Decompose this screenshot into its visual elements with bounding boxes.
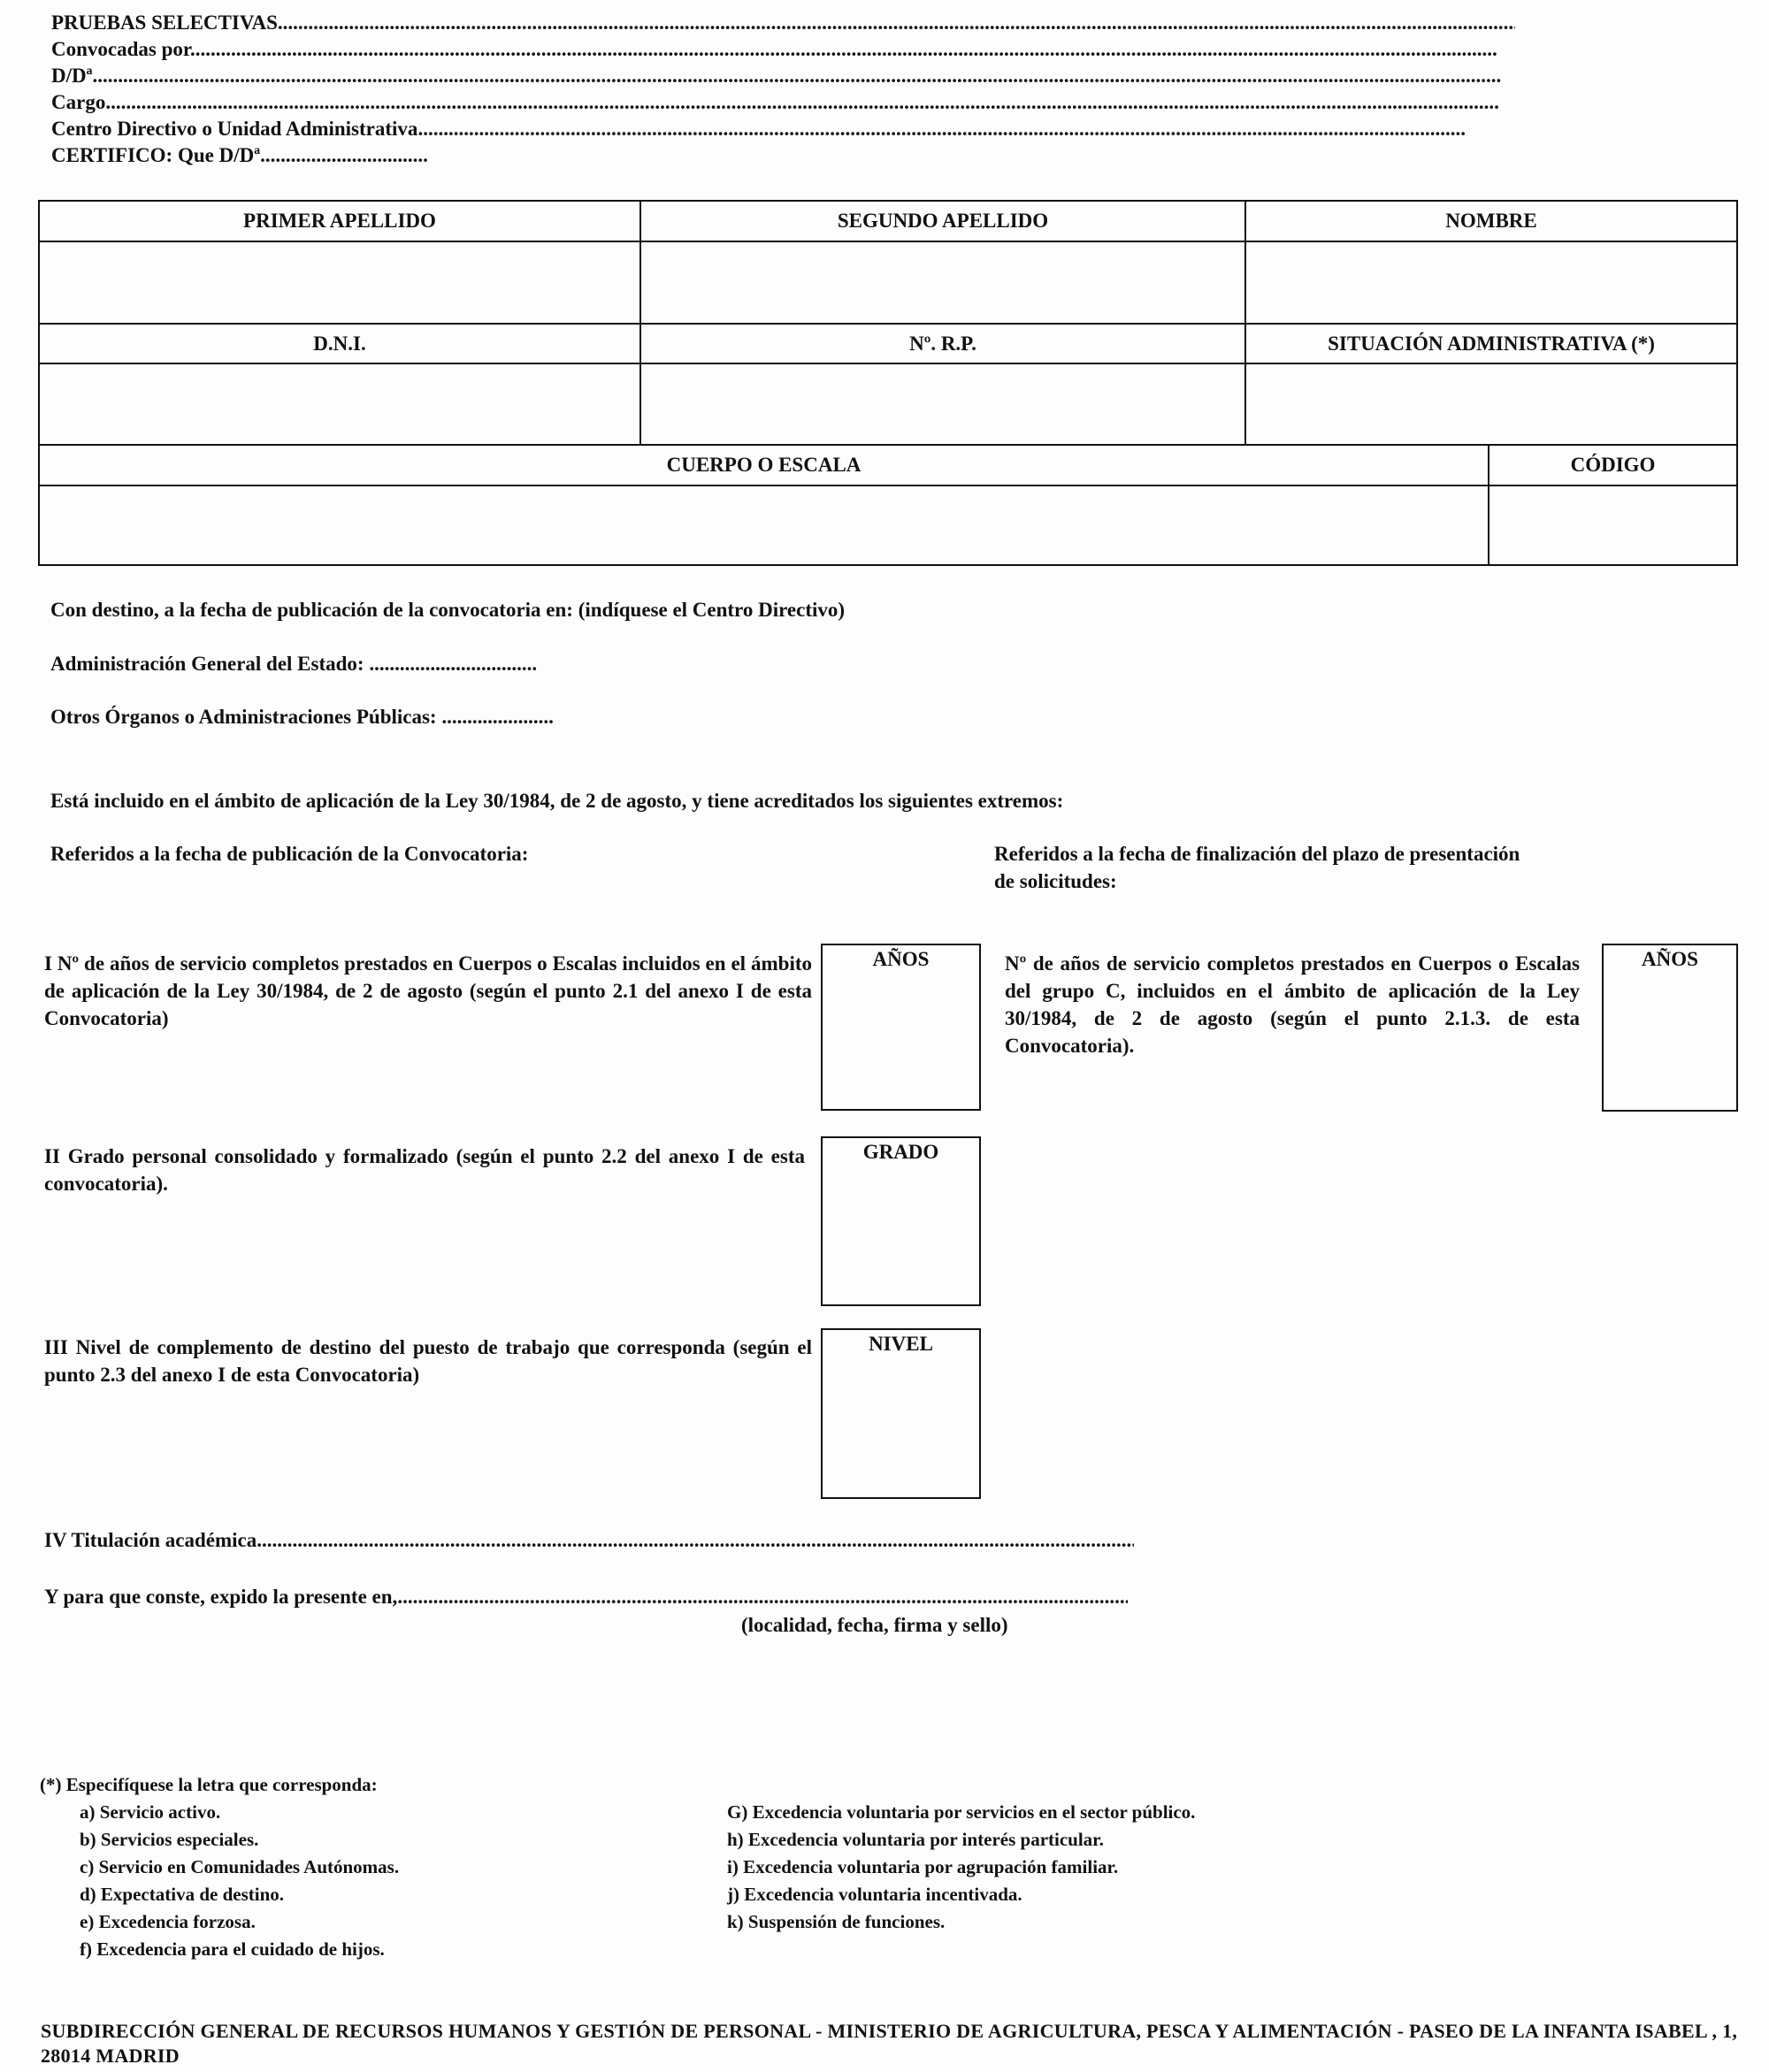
- referidos-left: Referidos a la fecha de publicación de l…: [50, 840, 528, 868]
- fill-line[interactable]: ........................................…: [257, 1529, 1134, 1551]
- item-ii-text: II Grado personal consolidado y formaliz…: [44, 1143, 805, 1197]
- header-situacion-administrativa: SITUACIÓN ADMINISTRATIVA (*): [1246, 325, 1736, 363]
- ambito-text: Está incluido en el ámbito de aplicación…: [50, 787, 1063, 814]
- legend-item: e) Excedencia forzosa.: [80, 1908, 256, 1936]
- legend-item: d) Expectativa de destino.: [80, 1881, 284, 1908]
- expido-hint: (localidad, fecha, firma y sello): [741, 1611, 1008, 1639]
- header-primer-apellido: PRIMER APELLIDO: [40, 202, 639, 241]
- field-expido[interactable]: Y para que conste, expido la presente en…: [44, 1585, 1128, 1609]
- fill-line[interactable]: ........................................…: [190, 38, 1497, 60]
- input-cuerpo-escala[interactable]: [40, 486, 1488, 564]
- item-i-right-text: Nº de años de servicio completos prestad…: [1005, 950, 1580, 1059]
- fill-line[interactable]: ........................................…: [93, 65, 1502, 87]
- input-codigo[interactable]: [1489, 486, 1736, 564]
- field-label: PRUEBAS SELECTIVAS: [51, 11, 278, 34]
- header-nrp: Nº. R.P.: [641, 325, 1244, 363]
- box-nivel[interactable]: NIVEL: [821, 1328, 981, 1499]
- legend-item: b) Servicios especiales.: [80, 1826, 258, 1854]
- input-primer-apellido[interactable]: [40, 242, 639, 323]
- fill-line[interactable]: ........................................…: [105, 91, 1500, 113]
- field-label: D/Dª: [51, 65, 93, 87]
- field-cargo[interactable]: Cargo...................................…: [51, 90, 1500, 115]
- destino-intro: Con destino, a la fecha de publicación d…: [50, 596, 845, 623]
- fill-line[interactable]: ........................................…: [417, 118, 1466, 140]
- field-admin-general-estado[interactable]: Administración General del Estado: .....…: [50, 650, 537, 677]
- legend-item: h) Excedencia voluntaria por interés par…: [727, 1826, 1104, 1854]
- field-label: IV Titulación académica: [44, 1529, 257, 1551]
- header-cuerpo-escala: CUERPO O ESCALA: [40, 446, 1488, 485]
- box-grado[interactable]: GRADO: [821, 1136, 981, 1306]
- input-segundo-apellido[interactable]: [641, 242, 1244, 323]
- personal-data-table: PRIMER APELLIDO SEGUNDO APELLIDO NOMBRE …: [38, 200, 1738, 566]
- field-label: Y para que conste, expido la presente en…: [44, 1586, 397, 1608]
- field-certifico[interactable]: CERTIFICO: Que D/Dª.....................…: [51, 143, 494, 168]
- field-pruebas-selectivas[interactable]: PRUEBAS SELECTIVAS......................…: [51, 11, 1515, 35]
- legend-item: a) Servicio activo.: [80, 1799, 220, 1826]
- header-segundo-apellido: SEGUNDO APELLIDO: [641, 202, 1244, 241]
- header-nombre: NOMBRE: [1246, 202, 1736, 241]
- legend-item: i) Excedencia voluntaria por agrupación …: [727, 1854, 1118, 1881]
- box-anos-finalizacion[interactable]: AÑOS: [1602, 944, 1738, 1112]
- field-label: Cargo: [51, 91, 105, 113]
- box-label: GRADO: [823, 1140, 979, 1165]
- referidos-right-line2: de solicitudes:: [994, 868, 1117, 895]
- box-label: AÑOS: [1604, 947, 1736, 972]
- header-dni: D.N.I.: [40, 325, 639, 363]
- field-otros-organos[interactable]: Otros Órganos o Administraciones Pública…: [50, 703, 554, 730]
- field-centro-directivo[interactable]: Centro Directivo o Unidad Administrativa…: [51, 117, 1505, 141]
- fill-line[interactable]: .................................: [369, 653, 537, 675]
- item-iii-text: III Nivel de complemento de destino del …: [44, 1334, 812, 1388]
- field-label: Centro Directivo o Unidad Administrativa: [51, 118, 417, 140]
- field-titulacion-academica[interactable]: IV Titulación académica.................…: [44, 1528, 1134, 1553]
- legend-item: G) Excedencia voluntaria por servicios e…: [727, 1799, 1195, 1826]
- fill-line[interactable]: .................................: [260, 144, 428, 166]
- legend-item: j) Excedencia voluntaria incentivada.: [727, 1881, 1022, 1908]
- legend-item: c) Servicio en Comunidades Autónomas.: [80, 1854, 399, 1881]
- legend-item: f) Excedencia para el cuidado de hijos.: [80, 1936, 385, 1963]
- input-nrp[interactable]: [641, 364, 1244, 444]
- item-i-text: I Nº de años de servicio completos prest…: [44, 950, 812, 1032]
- fill-line[interactable]: ........................................…: [278, 11, 1515, 34]
- input-dni[interactable]: [40, 364, 639, 444]
- box-label: NIVEL: [823, 1332, 979, 1357]
- referidos-right-line1: Referidos a la fecha de finalización del…: [994, 840, 1520, 868]
- field-label: Otros Órganos o Administraciones Pública…: [50, 706, 437, 728]
- fill-line[interactable]: ......................: [441, 706, 554, 728]
- field-label: Administración General del Estado:: [50, 653, 364, 675]
- box-label: AÑOS: [823, 947, 979, 972]
- field-convocadas-por[interactable]: Convocadas por..........................…: [51, 37, 1497, 62]
- field-label: CERTIFICO: Que D/Dª: [51, 144, 260, 166]
- footer-address: SUBDIRECCIÓN GENERAL DE RECURSOS HUMANOS…: [41, 2019, 1739, 2068]
- legend-title: (*) Especifíquese la letra que correspon…: [40, 1771, 378, 1799]
- fill-line[interactable]: ........................................…: [397, 1586, 1128, 1608]
- field-label: Convocadas por: [51, 38, 190, 60]
- input-situacion-administrativa[interactable]: [1246, 364, 1736, 444]
- input-nombre[interactable]: [1246, 242, 1736, 323]
- field-dd[interactable]: D/Dª....................................…: [51, 64, 1502, 88]
- legend-item: k) Suspensión de funciones.: [727, 1908, 945, 1936]
- box-anos-publicacion[interactable]: AÑOS: [821, 944, 981, 1111]
- header-codigo: CÓDIGO: [1489, 446, 1736, 485]
